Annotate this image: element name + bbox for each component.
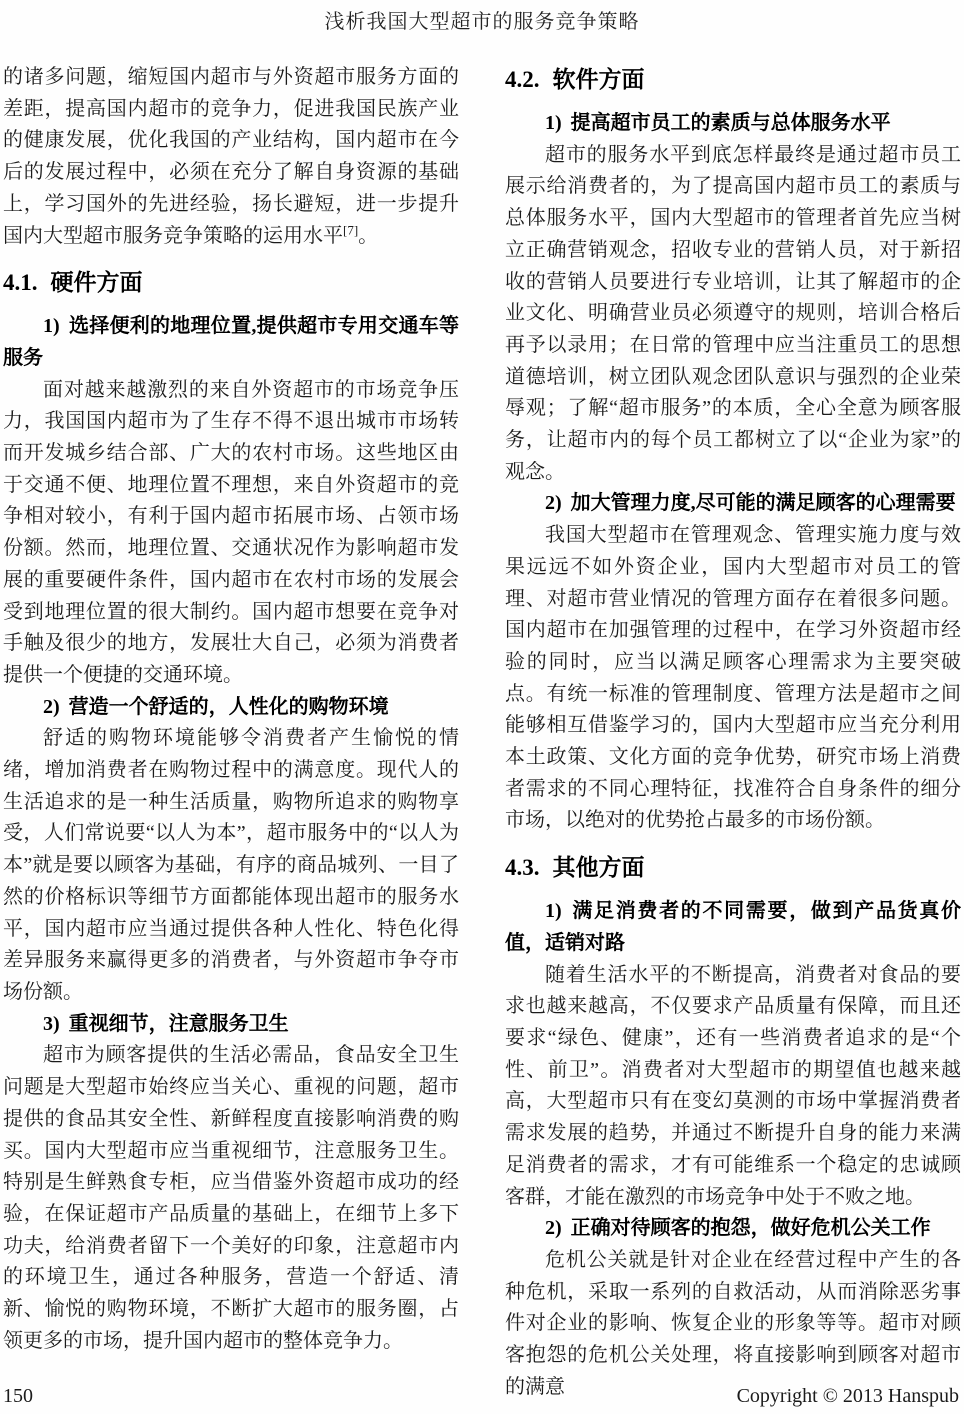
item-title: 提高超市员工的素质与总体服务水平 (571, 112, 891, 134)
page-number: 150 (3, 1385, 33, 1408)
document-page: 浅析我国大型超市的服务竞争策略 的诸多问题，缩短国内超市与外资超市服务方面的差距… (0, 0, 964, 1414)
page-header: 浅析我国大型超市的服务竞争策略 (0, 0, 964, 35)
item-number: 2) (545, 492, 562, 514)
section-title: 硬件方面 (51, 270, 143, 295)
two-column-layout: 的诸多问题，缩短国内超市与外资超市服务方面的差距，提高国内超市的竞争力，促进我国… (0, 35, 964, 1403)
left-column: 的诸多问题，缩短国内超市与外资超市服务方面的差距，提高国内超市的竞争力，促进我国… (3, 62, 459, 1403)
item-number: 2) (545, 1217, 562, 1239)
item-number: 1) (545, 112, 562, 134)
item-number: 2) (43, 696, 60, 718)
paragraph-text: 的诸多问题，缩短国内超市与外资超市服务方面的差距，提高国内超市的竞争力，促进我国… (3, 66, 459, 247)
subsection-heading-4-3-2: 2)正确对待顾客的抱怨，做好危机公关工作 (505, 1213, 961, 1245)
subsection-heading-4-1-3: 3)重视细节，注意服务卫生 (3, 1009, 459, 1041)
right-column: 4.2.软件方面 1)提高超市员工的素质与总体服务水平 超市的服务水平到底怎样最… (505, 62, 961, 1403)
paragraph: 超市的服务水平到底怎样最终是通过超市员工展示给消费者的，为了提高国内超市员工的素… (505, 140, 961, 489)
copyright-notice: Copyright © 2013 Hanspub (737, 1385, 959, 1408)
section-number: 4.3. (505, 855, 540, 880)
item-title: 满足消费者的不同需要，做到产品货真价值，适销对路 (505, 900, 961, 954)
item-title: 选择便利的地理位置,提供超市专用交通车等服务 (3, 315, 459, 369)
item-title: 重视细节，注意服务卫生 (69, 1013, 289, 1035)
running-title: 浅析我国大型超市的服务竞争策略 (325, 11, 640, 33)
paragraph: 随着生活水平的不断提高，消费者对食品的要求也越来越高，不仅要求产品质量有保障，而… (505, 960, 961, 1214)
item-number: 1) (545, 900, 562, 922)
section-heading-4-1: 4.1.硬件方面 (3, 267, 459, 299)
item-number: 1) (43, 315, 60, 337)
subsection-heading-4-3-1: 1)满足消费者的不同需要，做到产品货真价值，适销对路 (505, 896, 961, 959)
paragraph: 超市为顾客提供的生活必需品，食品安全卫生问题是大型超市始终应当关心、重视的问题，… (3, 1040, 459, 1357)
item-title: 营造一个舒适的，人性化的购物环境 (69, 696, 389, 718)
subsection-heading-4-2-1: 1)提高超市员工的素质与总体服务水平 (505, 108, 961, 140)
item-title: 正确对待顾客的抱怨，做好危机公关工作 (571, 1217, 931, 1239)
section-title: 软件方面 (553, 67, 645, 92)
citation-reference: [7] (343, 222, 358, 237)
section-number: 4.2. (505, 67, 540, 92)
subsection-heading-4-1-1: 1)选择便利的地理位置,提供超市专用交通车等服务 (3, 311, 459, 374)
section-title: 其他方面 (553, 855, 645, 880)
section-heading-4-2: 4.2.软件方面 (505, 64, 961, 96)
item-number: 3) (43, 1013, 60, 1035)
paragraph: 我国大型超市在管理观念、管理实施力度与效果远远不如外资企业，国内大型超市对员工的… (505, 520, 961, 837)
paragraph: 危机公关就是针对企业在经营过程中产生的各种危机，采取一系列的自救活动，从而消除恶… (505, 1245, 961, 1404)
subsection-heading-4-1-2: 2)营造一个舒适的，人性化的购物环境 (3, 692, 459, 724)
section-heading-4-3: 4.3.其他方面 (505, 852, 961, 884)
page-footer: 150 Copyright © 2013 Hanspub (3, 1385, 959, 1408)
section-number: 4.1. (3, 270, 38, 295)
paragraph: 舒适的购物环境能够令消费者产生愉悦的情绪，增加消费者在购物过程中的满意度。现代人… (3, 723, 459, 1008)
paragraph-text: 。 (358, 225, 378, 247)
item-title: 加大管理力度,尽可能的满足顾客的心理需要 (571, 492, 956, 514)
paragraph: 面对越来越激烈的来自外资超市的市场竞争压力，我国国内超市为了生存不得不退出城市市… (3, 375, 459, 692)
intro-paragraph: 的诸多问题，缩短国内超市与外资超市服务方面的差距，提高国内超市的竞争力，促进我国… (3, 62, 459, 252)
subsection-heading-4-2-2: 2)加大管理力度,尽可能的满足顾客的心理需要 (505, 488, 961, 520)
